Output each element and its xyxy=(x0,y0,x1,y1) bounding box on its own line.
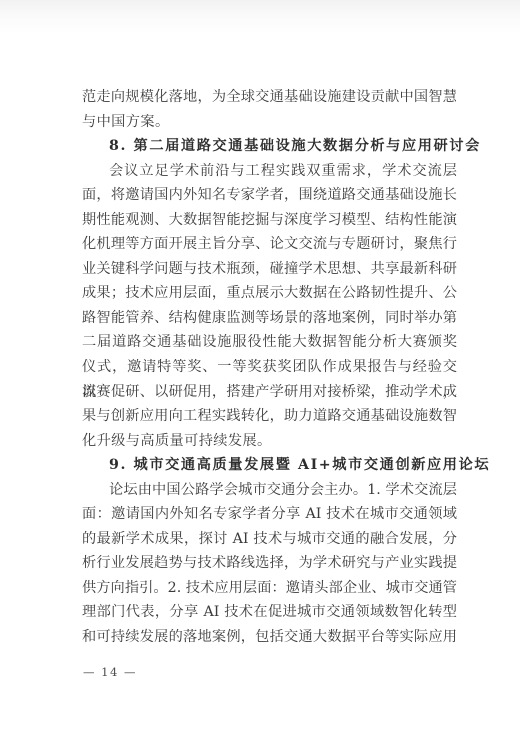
text-line: 果与创新应用向工程实践转化，助力道路交通基础设施数智 xyxy=(82,404,457,429)
text-line: 范走向规模化落地，为全球交通基础设施建设贡献中国智慧 xyxy=(82,85,457,110)
text-line: 供方向指引。2. 技术应用层面：邀请头部企业、城市交通管 xyxy=(82,576,457,601)
section-heading: 9. 城市交通高质量发展暨 AI+城市交通创新应用论坛 xyxy=(82,453,457,478)
text-line: 以赛促研、以研促用，搭建产学研用对接桥梁，推动学术成 xyxy=(82,380,457,405)
text-line: 期性能观测、大数据智能挖掘与深度学习模型、结构性能演 xyxy=(82,208,457,233)
text-line: 业关键科学问题与技术瓶颈，碰撞学术思想、共享最新科研 xyxy=(82,257,457,282)
text-line: 的最新学术成果，探讨 AI 技术与城市交通的融合发展，分 xyxy=(82,527,457,552)
document-body: 范走向规模化落地，为全球交通基础设施建设贡献中国智慧与中国方案。8. 第二届道路… xyxy=(82,85,457,650)
text-line: 面：邀请国内外知名专家学者分享 AI 技术在城市交通领域 xyxy=(82,502,457,527)
scan-shading xyxy=(0,0,520,34)
text-line: 化机理等方面开展主旨分享、论文交流与专题研讨，聚焦行 xyxy=(82,232,457,257)
page-number: — 14 — xyxy=(83,665,137,679)
text-line: 面，将邀请国内外知名专家学者，围绕道路交通基础设施长 xyxy=(82,183,457,208)
text-line: 论坛由中国公路学会城市交通分会主办。1. 学术交流层 xyxy=(82,478,457,503)
text-line: 化升级与高质量可持续发展。 xyxy=(82,429,457,454)
document-page: 范走向规模化落地，为全球交通基础设施建设贡献中国智慧与中国方案。8. 第二届道路… xyxy=(0,0,520,736)
text-line: 与中国方案。 xyxy=(82,110,457,135)
section-heading: 8. 第二届道路交通基础设施大数据分析与应用研讨会 xyxy=(82,134,457,159)
text-line: 会议立足学术前沿与工程实践双重需求，学术交流层 xyxy=(82,159,457,184)
text-line: 路智能管养、结构健康监测等场景的落地案例，同时举办第 xyxy=(82,306,457,331)
text-line: 和可持续发展的落地案例，包括交通大数据平台等实际应用 xyxy=(82,625,457,650)
text-line: 析行业发展趋势与技术路线选择，为学术研究与产业实践提 xyxy=(82,551,457,576)
text-line: 二届道路交通基础设施服役性能大数据智能分析大赛颁奖 xyxy=(82,330,457,355)
text-line: 仪式，邀请特等奖、一等奖获奖团队作成果报告与经验交流， xyxy=(82,355,457,380)
text-line: 理部门代表，分享 AI 技术在促进城市交通领域数智化转型 xyxy=(82,600,457,625)
text-line: 成果；技术应用层面，重点展示大数据在公路韧性提升、公 xyxy=(82,281,457,306)
